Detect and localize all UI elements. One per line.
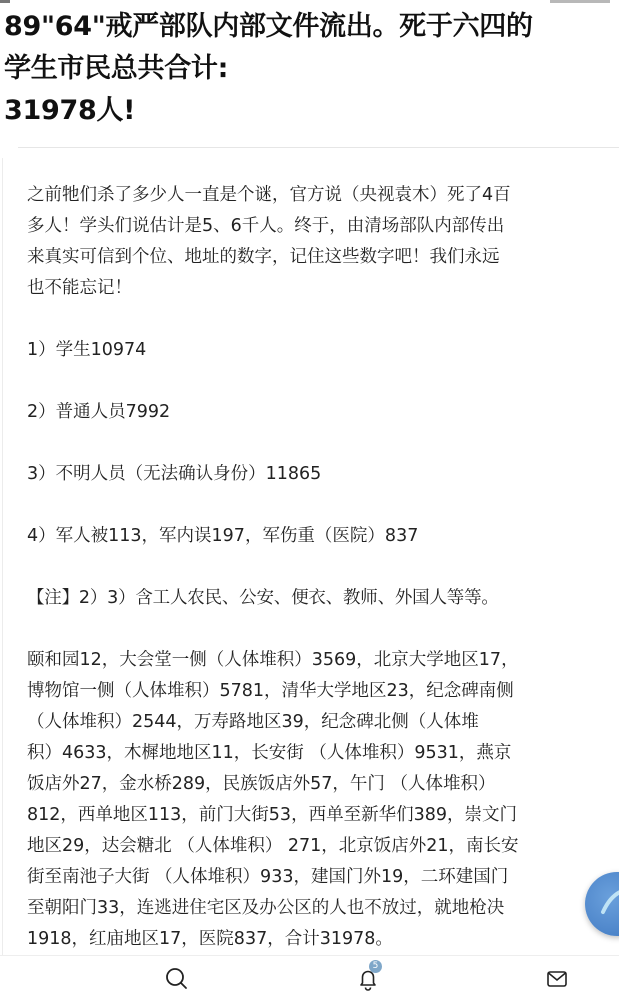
post-image-card: 之前牠们杀了多少人一直是个谜，官方说（央视袁木）死了4百 多人！学头们说估计是5… <box>2 158 619 961</box>
intro-line: 来真实可信到个位、地址的数字，记住这些数字吧！我们永远 <box>27 242 612 273</box>
notifications-button[interactable]: 5 <box>355 966 381 992</box>
detail-line: （人体堆积）2544，万寿路地区39，纪念碑北侧（人体堆 <box>27 707 612 738</box>
detail-line: 地区29，达会糖北 （人体堆积） 271，北京饭店外21，南长安 <box>27 831 612 862</box>
post-body: 之前牠们杀了多少人一直是个谜，官方说（央视袁木）死了4百 多人！学头们说估计是5… <box>27 180 612 955</box>
detail-line: 812，西单地区113，前门大街53，西单至新华们389，崇文门 <box>27 800 612 831</box>
messages-button[interactable] <box>544 966 570 992</box>
detail-line: 1918，红庙地区17，医院837，合计31978。 <box>27 924 612 955</box>
search-button[interactable] <box>164 966 190 992</box>
status-bar-right <box>550 0 610 3</box>
bottom-nav: 5 <box>0 955 619 1000</box>
divider <box>18 147 619 148</box>
detail-line: 博物馆一侧（人体堆积）5781，清华大学地区23，纪念碑南侧 <box>27 676 612 707</box>
headline-line: 89"64"戒严部队内部文件流出。死于六四的 <box>4 6 616 48</box>
floating-action-button[interactable] <box>585 872 619 936</box>
compose-icon <box>585 872 619 936</box>
notification-badge: 5 <box>369 960 382 973</box>
intro-line: 之前牠们杀了多少人一直是个谜，官方说（央视袁木）死了4百 <box>27 180 612 211</box>
detail-line: 积）4633，木樨地地区11，长安街 （人体堆积）9531，燕京 <box>27 738 612 769</box>
detail-line: 至朝阳门33，连逃进住宅区及办公区的人也不放过，就地枪决 <box>27 893 612 924</box>
intro-line: 也不能忘记！ <box>27 273 612 304</box>
casualty-item: 3）不明人员（无法确认身份）11865 <box>27 459 612 490</box>
intro-line: 多人！学头们说估计是5、6千人。终于，由清场部队内部传出 <box>27 211 612 242</box>
search-icon <box>164 966 190 992</box>
mail-icon <box>544 966 570 992</box>
detail-line: 街至南池子大街 （人体堆积）933，建国门外19，二环建国门 <box>27 862 612 893</box>
casualty-item: 4）军人被113，军内误197，军伤重（医院）837 <box>27 521 612 552</box>
detail-line: 饭店外27，金水桥289，民族饭店外57，午门 （人体堆积） <box>27 769 612 800</box>
post-headline: 89"64"戒严部队内部文件流出。死于六四的 学生市民总共合计: 31978人! <box>4 6 616 132</box>
note-line: 【注】2）3）含工人农民、公安、便衣、教师、外国人等等。 <box>27 583 612 614</box>
headline-line: 学生市民总共合计: <box>4 48 616 90</box>
detail-line: 颐和园12，大会堂一侧（人体堆积）3569，北京大学地区17， <box>27 645 612 676</box>
status-bar-left <box>0 0 10 3</box>
casualty-item: 2）普通人员7992 <box>27 397 612 428</box>
headline-line: 31978人! <box>4 90 616 132</box>
casualty-item: 1）学生10974 <box>27 335 612 366</box>
